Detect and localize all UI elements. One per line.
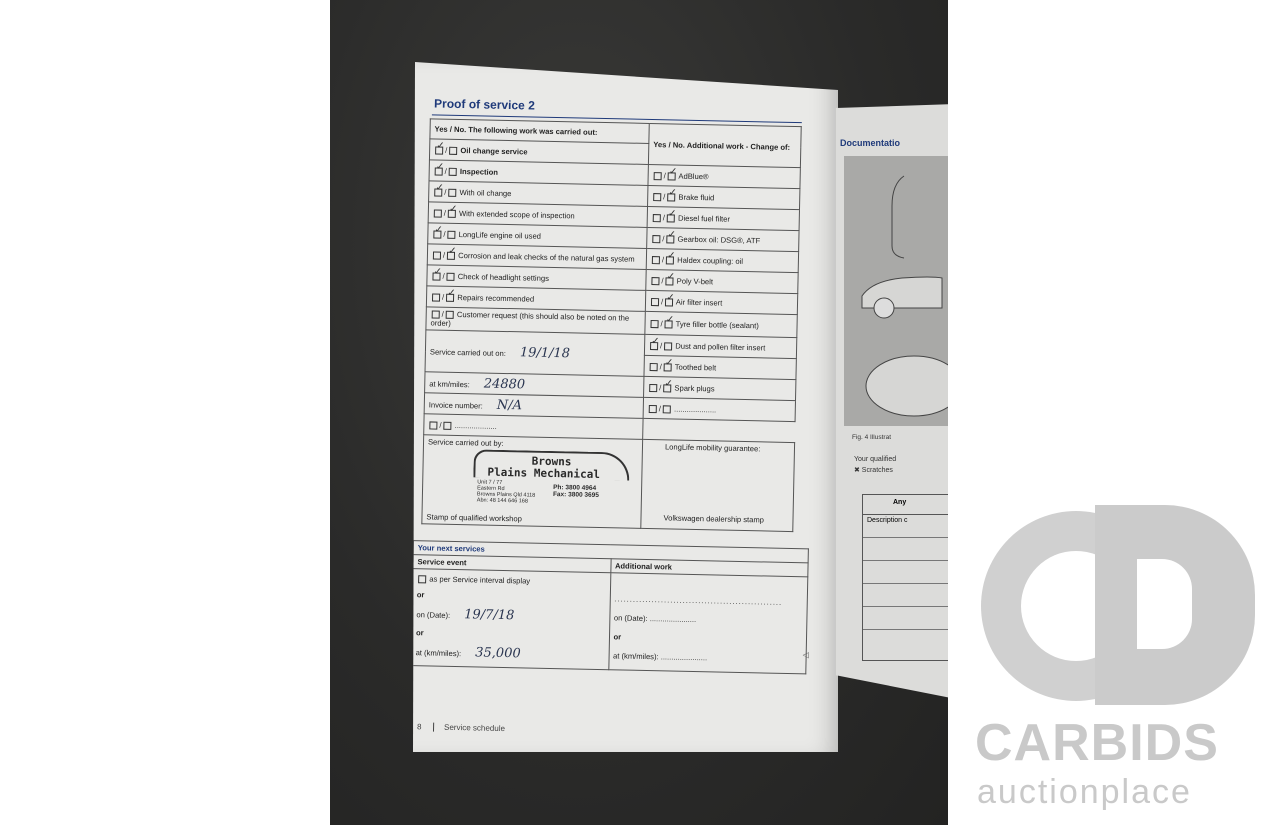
no-checkbox[interactable] <box>449 167 457 175</box>
yes-checkbox[interactable] <box>651 277 659 285</box>
yes-checkbox[interactable] <box>435 167 443 175</box>
watermark-tagline: auctionplace <box>977 773 1192 812</box>
no-checkbox[interactable] <box>663 405 671 413</box>
yes-checkbox[interactable] <box>649 384 657 392</box>
page-number: 8 <box>417 722 434 731</box>
yes-checkbox[interactable] <box>653 193 661 201</box>
service-date-cell: Service carried out on:19/1/18 <box>425 330 645 377</box>
additional-work-item: / Tyre filler bottle (sealant) <box>645 311 797 337</box>
yes-checkbox[interactable] <box>433 251 441 259</box>
figure-caption: Fig. 4 Illustrat <box>852 434 891 441</box>
next-km-handwritten: 35,000 <box>475 645 521 661</box>
page-footer: 8Service schedule <box>417 722 505 733</box>
right-column-header: Yes / No. Additional work - Change of: <box>648 123 801 167</box>
yes-checkbox[interactable] <box>433 230 441 238</box>
no-checkbox[interactable] <box>446 293 454 301</box>
yes-checkbox[interactable] <box>432 272 440 280</box>
service-checklist-table: Yes / No. The following work was carried… <box>421 118 801 532</box>
carbids-watermark: CARBIDS auctionplace <box>975 505 1255 815</box>
yes-checkbox[interactable] <box>650 320 658 328</box>
no-checkbox[interactable] <box>447 272 455 280</box>
no-checkbox[interactable] <box>667 193 675 201</box>
car-outline-icon <box>844 156 948 426</box>
booklet-photo: Proof of service 2 Yes / No. The followi… <box>330 0 948 825</box>
section-name: Service schedule <box>444 723 505 733</box>
yes-checkbox[interactable] <box>434 188 442 196</box>
dealer-stamp-cell: LongLife mobility guarantee: Volkswagen … <box>641 439 795 531</box>
yes-checkbox[interactable] <box>649 405 657 413</box>
yes-checkbox[interactable] <box>651 298 659 306</box>
no-checkbox[interactable] <box>447 230 455 238</box>
no-checkbox[interactable] <box>666 256 674 264</box>
logo-b-icon <box>1095 505 1255 705</box>
yes-checkbox[interactable] <box>434 209 442 217</box>
no-checkbox[interactable] <box>443 421 451 429</box>
workshop-stamp-cell: Service carried out by: BrownsPlains Mec… <box>422 435 643 529</box>
yes-checkbox[interactable] <box>429 421 437 429</box>
next-date-handwritten: 19/7/18 <box>464 607 514 623</box>
yes-checkbox[interactable] <box>432 310 440 318</box>
car-illustration <box>844 156 948 426</box>
workshop-stamp: BrownsPlains Mechanical Unit 7 / 77Easte… <box>477 453 638 508</box>
no-checkbox[interactable] <box>447 251 455 259</box>
yes-checkbox[interactable] <box>654 172 662 180</box>
right-page-title: Documentatio <box>840 138 900 148</box>
no-checkbox[interactable] <box>448 188 456 196</box>
service-event-cell: as per Service interval display or on (D… <box>411 569 610 670</box>
right-page-text: Your qualified ✖ Scratches <box>854 454 896 476</box>
additional-work-item: / .................... <box>643 397 795 421</box>
yes-checkbox[interactable] <box>652 256 660 264</box>
no-checkbox[interactable] <box>665 320 673 328</box>
no-checkbox[interactable] <box>446 311 454 319</box>
next-services-table: Your next services Service event Additio… <box>410 540 809 674</box>
service-page: Proof of service 2 Yes / No. The followi… <box>413 62 838 752</box>
continue-arrow-icon: ◁ <box>803 650 809 659</box>
damage-table: Any Description c <box>862 494 948 661</box>
documentation-page: Documentatio Fig. 4 Illustrat Your quali… <box>836 104 948 699</box>
no-checkbox[interactable] <box>449 146 457 154</box>
no-checkbox[interactable] <box>665 298 673 306</box>
no-checkbox[interactable] <box>664 363 672 371</box>
additional-work-cell: ........................................… <box>608 573 807 674</box>
yes-checkbox[interactable] <box>653 214 661 222</box>
no-checkbox[interactable] <box>664 342 672 350</box>
page-title: Proof of service 2 <box>434 96 535 112</box>
yes-checkbox[interactable] <box>650 342 658 350</box>
no-checkbox[interactable] <box>448 209 456 217</box>
no-checkbox[interactable] <box>667 214 675 222</box>
checkbox-icon[interactable] <box>418 575 426 583</box>
no-checkbox[interactable] <box>666 277 674 285</box>
yes-checkbox[interactable] <box>435 146 443 154</box>
no-checkbox[interactable] <box>663 384 671 392</box>
no-checkbox[interactable] <box>668 172 676 180</box>
no-checkbox[interactable] <box>666 235 674 243</box>
yes-checkbox[interactable] <box>652 235 660 243</box>
yes-checkbox[interactable] <box>432 293 440 301</box>
watermark-brand: CARBIDS <box>975 713 1219 773</box>
yes-checkbox[interactable] <box>650 363 658 371</box>
